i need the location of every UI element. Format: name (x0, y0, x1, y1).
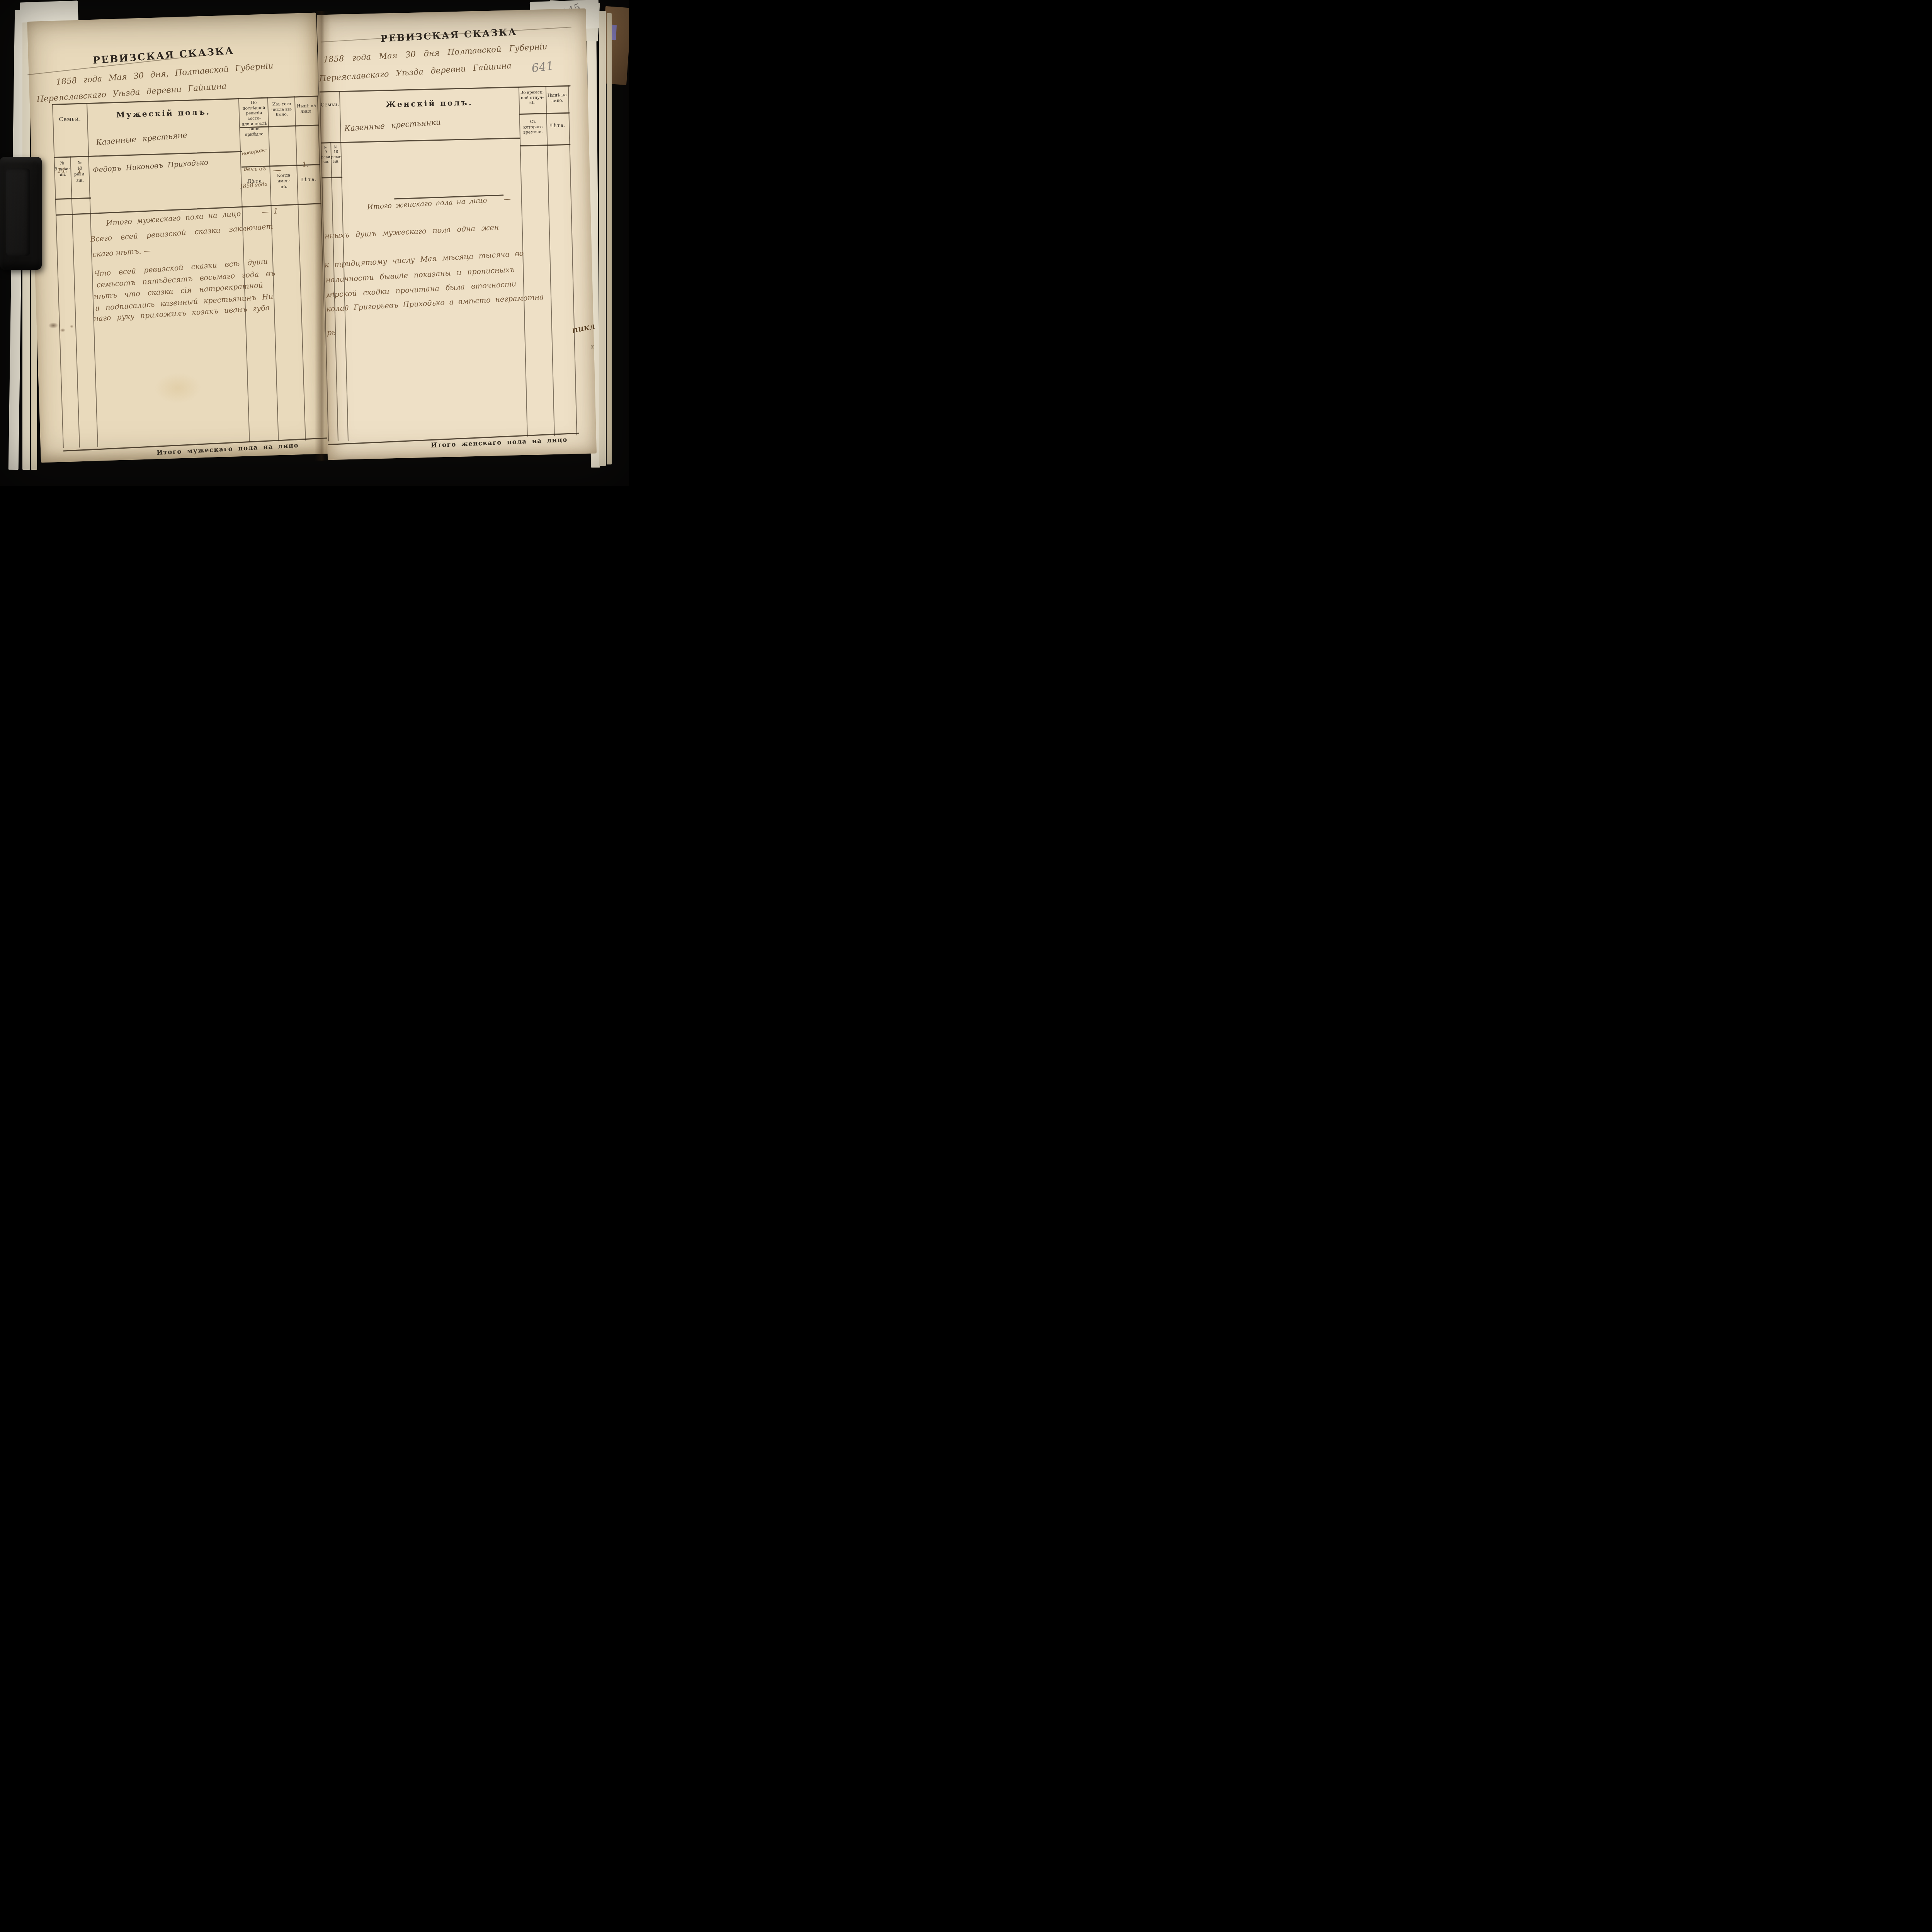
paper-stain (154, 372, 201, 404)
left-header-male: Мужескій полъ. (88, 106, 239, 120)
book-gutter (315, 11, 331, 461)
left-header-last-revision: По послѣдней ревизіи состо- яло и послѣ … (240, 100, 269, 138)
right-header-present: Нынѣ на лицо. (546, 92, 568, 104)
left-total-value: — 1 (261, 207, 279, 216)
right-page-title: РЕВИЗСКАЯ СКАЗКА (367, 26, 530, 45)
row-departed-dash: — (272, 164, 282, 176)
left-header-family: Семьи. (53, 116, 87, 123)
right-footer-caption: Итого женскаго пола на лицо (431, 436, 568, 449)
right-paragraph-line-1: нныхъ душъ мужескаго пола одна жен (325, 223, 499, 240)
right-date-line: 1858 года Мая 30 дня Полтавской Губерніи (323, 42, 548, 64)
right-header-rev10: № 10 реви- зіи. (331, 145, 341, 164)
right-header-since: Съ котораго времени. (520, 119, 546, 136)
margin-ink-scribble: пикл (571, 321, 596, 335)
right-page-edge-2 (599, 11, 606, 466)
ink-blot-2 (60, 328, 65, 332)
page-holder-clip-arm (6, 168, 30, 256)
left-paragraph-line-2: скаго нѣтъ. — (92, 247, 151, 259)
left-col-line-rev (70, 156, 80, 448)
right-category-line: Казенные крестьянки (344, 117, 441, 133)
ink-blot (48, 322, 58, 329)
right-rule-under-main-headers (321, 138, 520, 144)
right-header-age: Лѣта. (547, 122, 568, 128)
row-family-no-9: 14. (54, 167, 71, 175)
margin-x-mark: x (591, 344, 594, 350)
right-page-edge-3 (607, 13, 612, 464)
left-page: РЕВИЗСКАЯ СКАЗКА 1858 года Мая 30 дня, П… (27, 13, 330, 463)
right-rule-under-sub-cols (520, 144, 570, 146)
left-category-line: Казенные крестьяне (95, 130, 187, 147)
left-header-departed: Изъ того числа вы- было. (269, 101, 295, 118)
right-col-line-5 (568, 85, 577, 435)
right-header-absence: Во времен- ной отлуч- кѣ. (519, 90, 545, 106)
left-col-line-5 (294, 96, 306, 440)
row-age-note-2: денъ въ (243, 166, 266, 173)
ink-blot-3 (70, 325, 73, 328)
left-col-line-1 (52, 104, 64, 448)
scanned-book-photo: 145 РЕВИЗСКАЯ СКАЗКА 1858 года Мая 30 дн… (0, 0, 629, 486)
row-family-no-10: 1 (71, 167, 88, 175)
right-place-line: Переяславскаго Уѣзда деревни Гайшина (319, 61, 512, 83)
right-pencil-number: 641 (531, 59, 554, 75)
top-left-page-corner (20, 0, 78, 22)
row-age-now-value: 1. (302, 160, 309, 169)
left-footer-caption: Итого мужескаго пола на лицо (156, 442, 299, 456)
row-person-name: Федоръ Никоновъ Приходько (93, 158, 209, 174)
right-rule-under-right-cols (519, 112, 570, 115)
right-col-line-4 (546, 86, 555, 436)
left-header-present: Нынѣ на лицо. (296, 103, 317, 115)
left-page-title: РЕВИЗСКАЯ СКАЗКА (86, 44, 241, 66)
right-page: РЕВИЗСКАЯ СКАЗКА 1858 года Мая 30 дня По… (317, 9, 597, 460)
right-total-label: Итого женскаго пола на лицо (367, 196, 487, 211)
left-rule-under-rev-cols (55, 197, 91, 200)
right-col-line-3 (519, 87, 528, 437)
right-header-female: Женскій полъ. (342, 97, 516, 110)
right-total-value: — (503, 195, 511, 204)
row-age-note-1: новорож- (241, 147, 268, 157)
left-rule-under-main-headers (54, 151, 242, 158)
